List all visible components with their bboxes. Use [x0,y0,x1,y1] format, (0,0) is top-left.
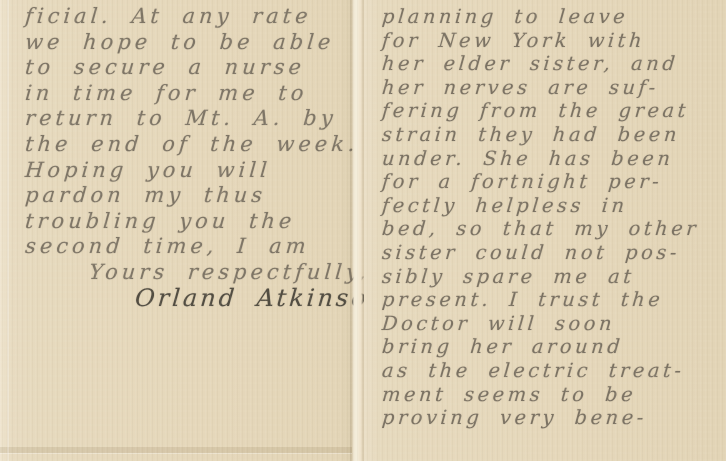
handwriting-line: her nerves are suf- [381,76,700,100]
handwriting-line: strain they had been [381,123,700,147]
handwriting-line: proving very bene- [381,406,700,430]
handwriting-line: the end of the week. [24,132,388,158]
handwriting-line: Hoping you will [24,158,388,184]
handwriting-line: planning to leave [381,5,700,29]
page-fold-gutter [350,0,365,461]
handwriting-line: fering from the great [381,99,700,123]
left-page-text: ficial. At any rate we hope to be able t… [24,4,386,311]
handwriting-line: bring her around [381,335,700,359]
handwriting-line: present. I trust the [381,288,700,312]
handwriting-line: for a fortnight per- [381,170,700,194]
handwriting-line: fectly helpless in [381,194,700,218]
handwriting-line: in time for me to [24,81,388,107]
handwriting-line: ficial. At any rate [24,4,388,30]
handwriting-line: sibly spare me at [381,265,700,289]
handwriting-line: return to Mt. A. by [24,106,388,132]
right-page-text: planning to leave for New York with her … [381,5,698,430]
handwriting-line: as the electric treat- [381,359,700,383]
handwriting-line: for New York with [381,29,700,53]
handwriting-line: second time, I am [24,234,388,260]
letter-page-right: planning to leave for New York with her … [364,0,726,461]
handwriting-line: bed, so that my other [381,217,700,241]
handwriting-line: sister could not pos- [381,241,700,265]
handwriting-line: pardon my thus [24,183,388,209]
letter-page-left: ficial. At any rate we hope to be able t… [0,0,352,461]
handwriting-line: to secure a nurse [24,55,388,81]
handwriting-line: under. She has been [381,147,700,171]
handwriting-line: ment seems to be [381,383,700,407]
handwritten-letter-scan: ficial. At any rate we hope to be able t… [0,0,726,461]
handwriting-line: troubling you the [24,209,388,235]
embossed-border-line [0,447,352,453]
handwriting-line: we hope to be able [24,30,388,56]
handwriting-line: her elder sister, and [381,52,700,76]
closing-line: Yours respectfully, [88,260,388,286]
handwriting-line: Doctor will soon [381,312,700,336]
